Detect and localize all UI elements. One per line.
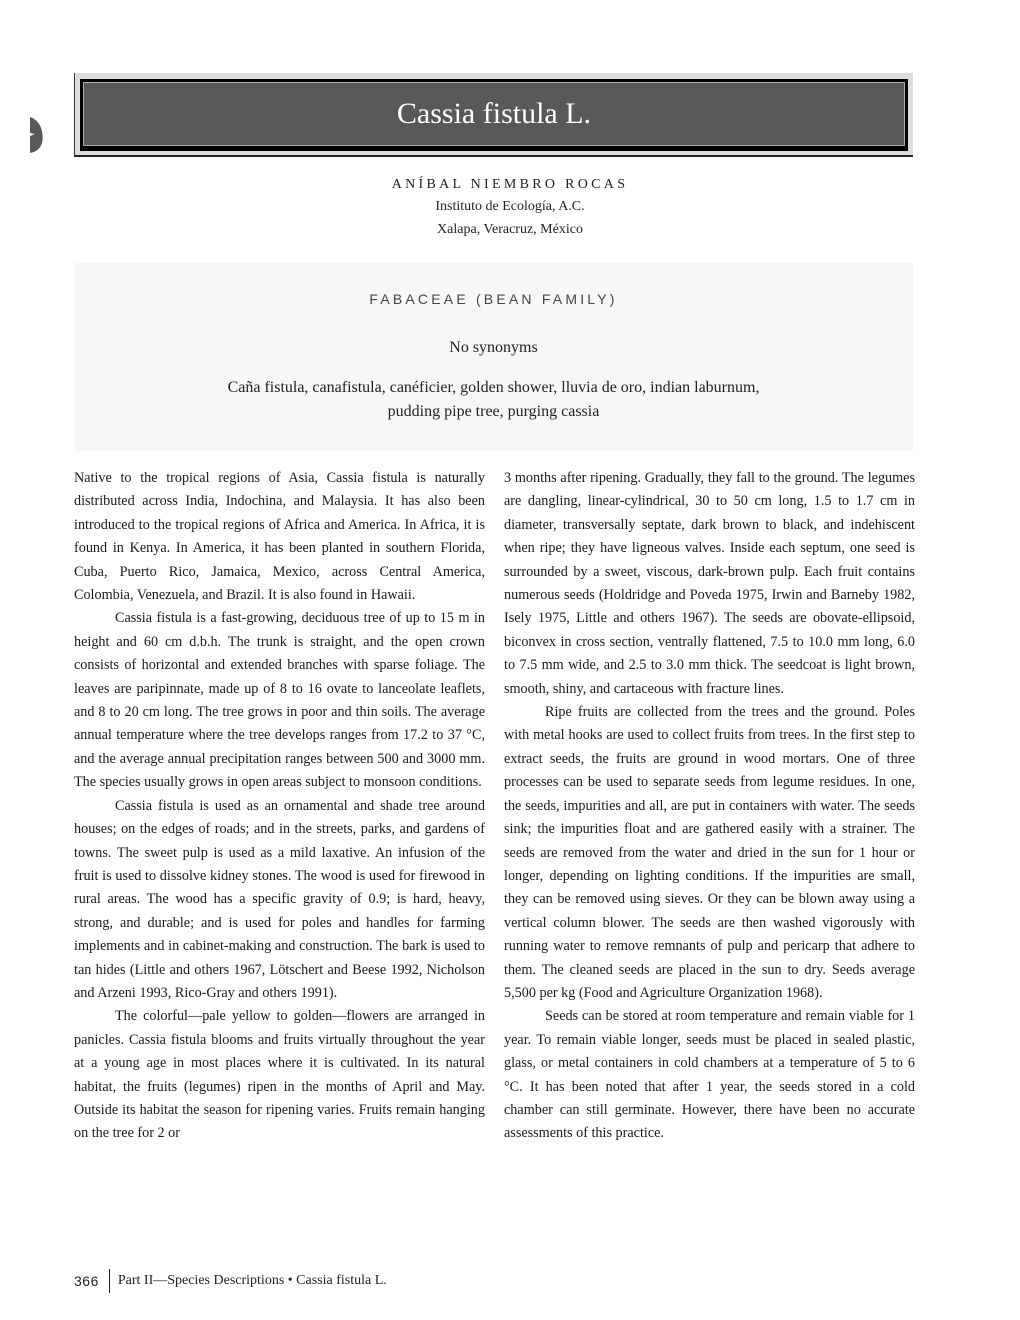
author-location: Xalapa, Veracruz, México (0, 218, 1020, 241)
title-panel: Cassia fistula L. (83, 82, 905, 146)
title-banner-border: Cassia fistula L. (80, 79, 908, 151)
body-text: Native to the tropical regions of Asia, … (74, 467, 914, 1247)
author-institution: Instituto de Ecología, A.C. (0, 195, 1020, 218)
paragraph-collection: Ripe fruits are collected from the trees… (504, 701, 915, 1005)
running-head: Part II—Species Descriptions • Cassia fi… (118, 1273, 387, 1289)
taxonomy-box: FABACEAE (BEAN FAMILY) No synonyms Caña … (74, 263, 913, 451)
species-title: Cassia fistula L. (397, 97, 591, 131)
paragraph-storage: Seeds can be stored at room temperature … (504, 1005, 915, 1145)
synonyms: No synonyms (74, 338, 913, 358)
footer-divider (109, 1269, 110, 1293)
paragraph-flowering: The colorful—pale yellow to golden—flowe… (74, 1005, 485, 1145)
paragraph-uses: Cassia fistula is used as an ornamental … (74, 795, 485, 1006)
author-block: ANÍBAL NIEMBRO ROCAS Instituto de Ecolog… (0, 175, 1020, 241)
paragraph-distribution: Native to the tropical regions of Asia, … (74, 467, 485, 607)
page-footer: 366 Part II—Species Descriptions • Cassi… (74, 1268, 387, 1294)
common-names: Caña fistula, canafistula, canéficier, g… (74, 376, 913, 424)
author-name: ANÍBAL NIEMBRO ROCAS (0, 175, 1020, 195)
title-banner: Cassia fistula L. (74, 73, 913, 157)
paragraph-description: Cassia fistula is a fast-growing, decidu… (74, 607, 485, 794)
right-column: 3 months after ripening. Gradually, they… (504, 467, 915, 1146)
page-edge-tab-marker (30, 117, 44, 153)
paragraph-fruits-seeds: 3 months after ripening. Gradually, they… (504, 467, 915, 701)
common-names-line-2: pudding pipe tree, purging cassia (74, 400, 913, 424)
family-name: FABACEAE (BEAN FAMILY) (74, 290, 913, 308)
page-number: 366 (74, 1273, 99, 1289)
common-names-line-1: Caña fistula, canafistula, canéficier, g… (74, 376, 913, 400)
left-column: Native to the tropical regions of Asia, … (74, 467, 485, 1146)
